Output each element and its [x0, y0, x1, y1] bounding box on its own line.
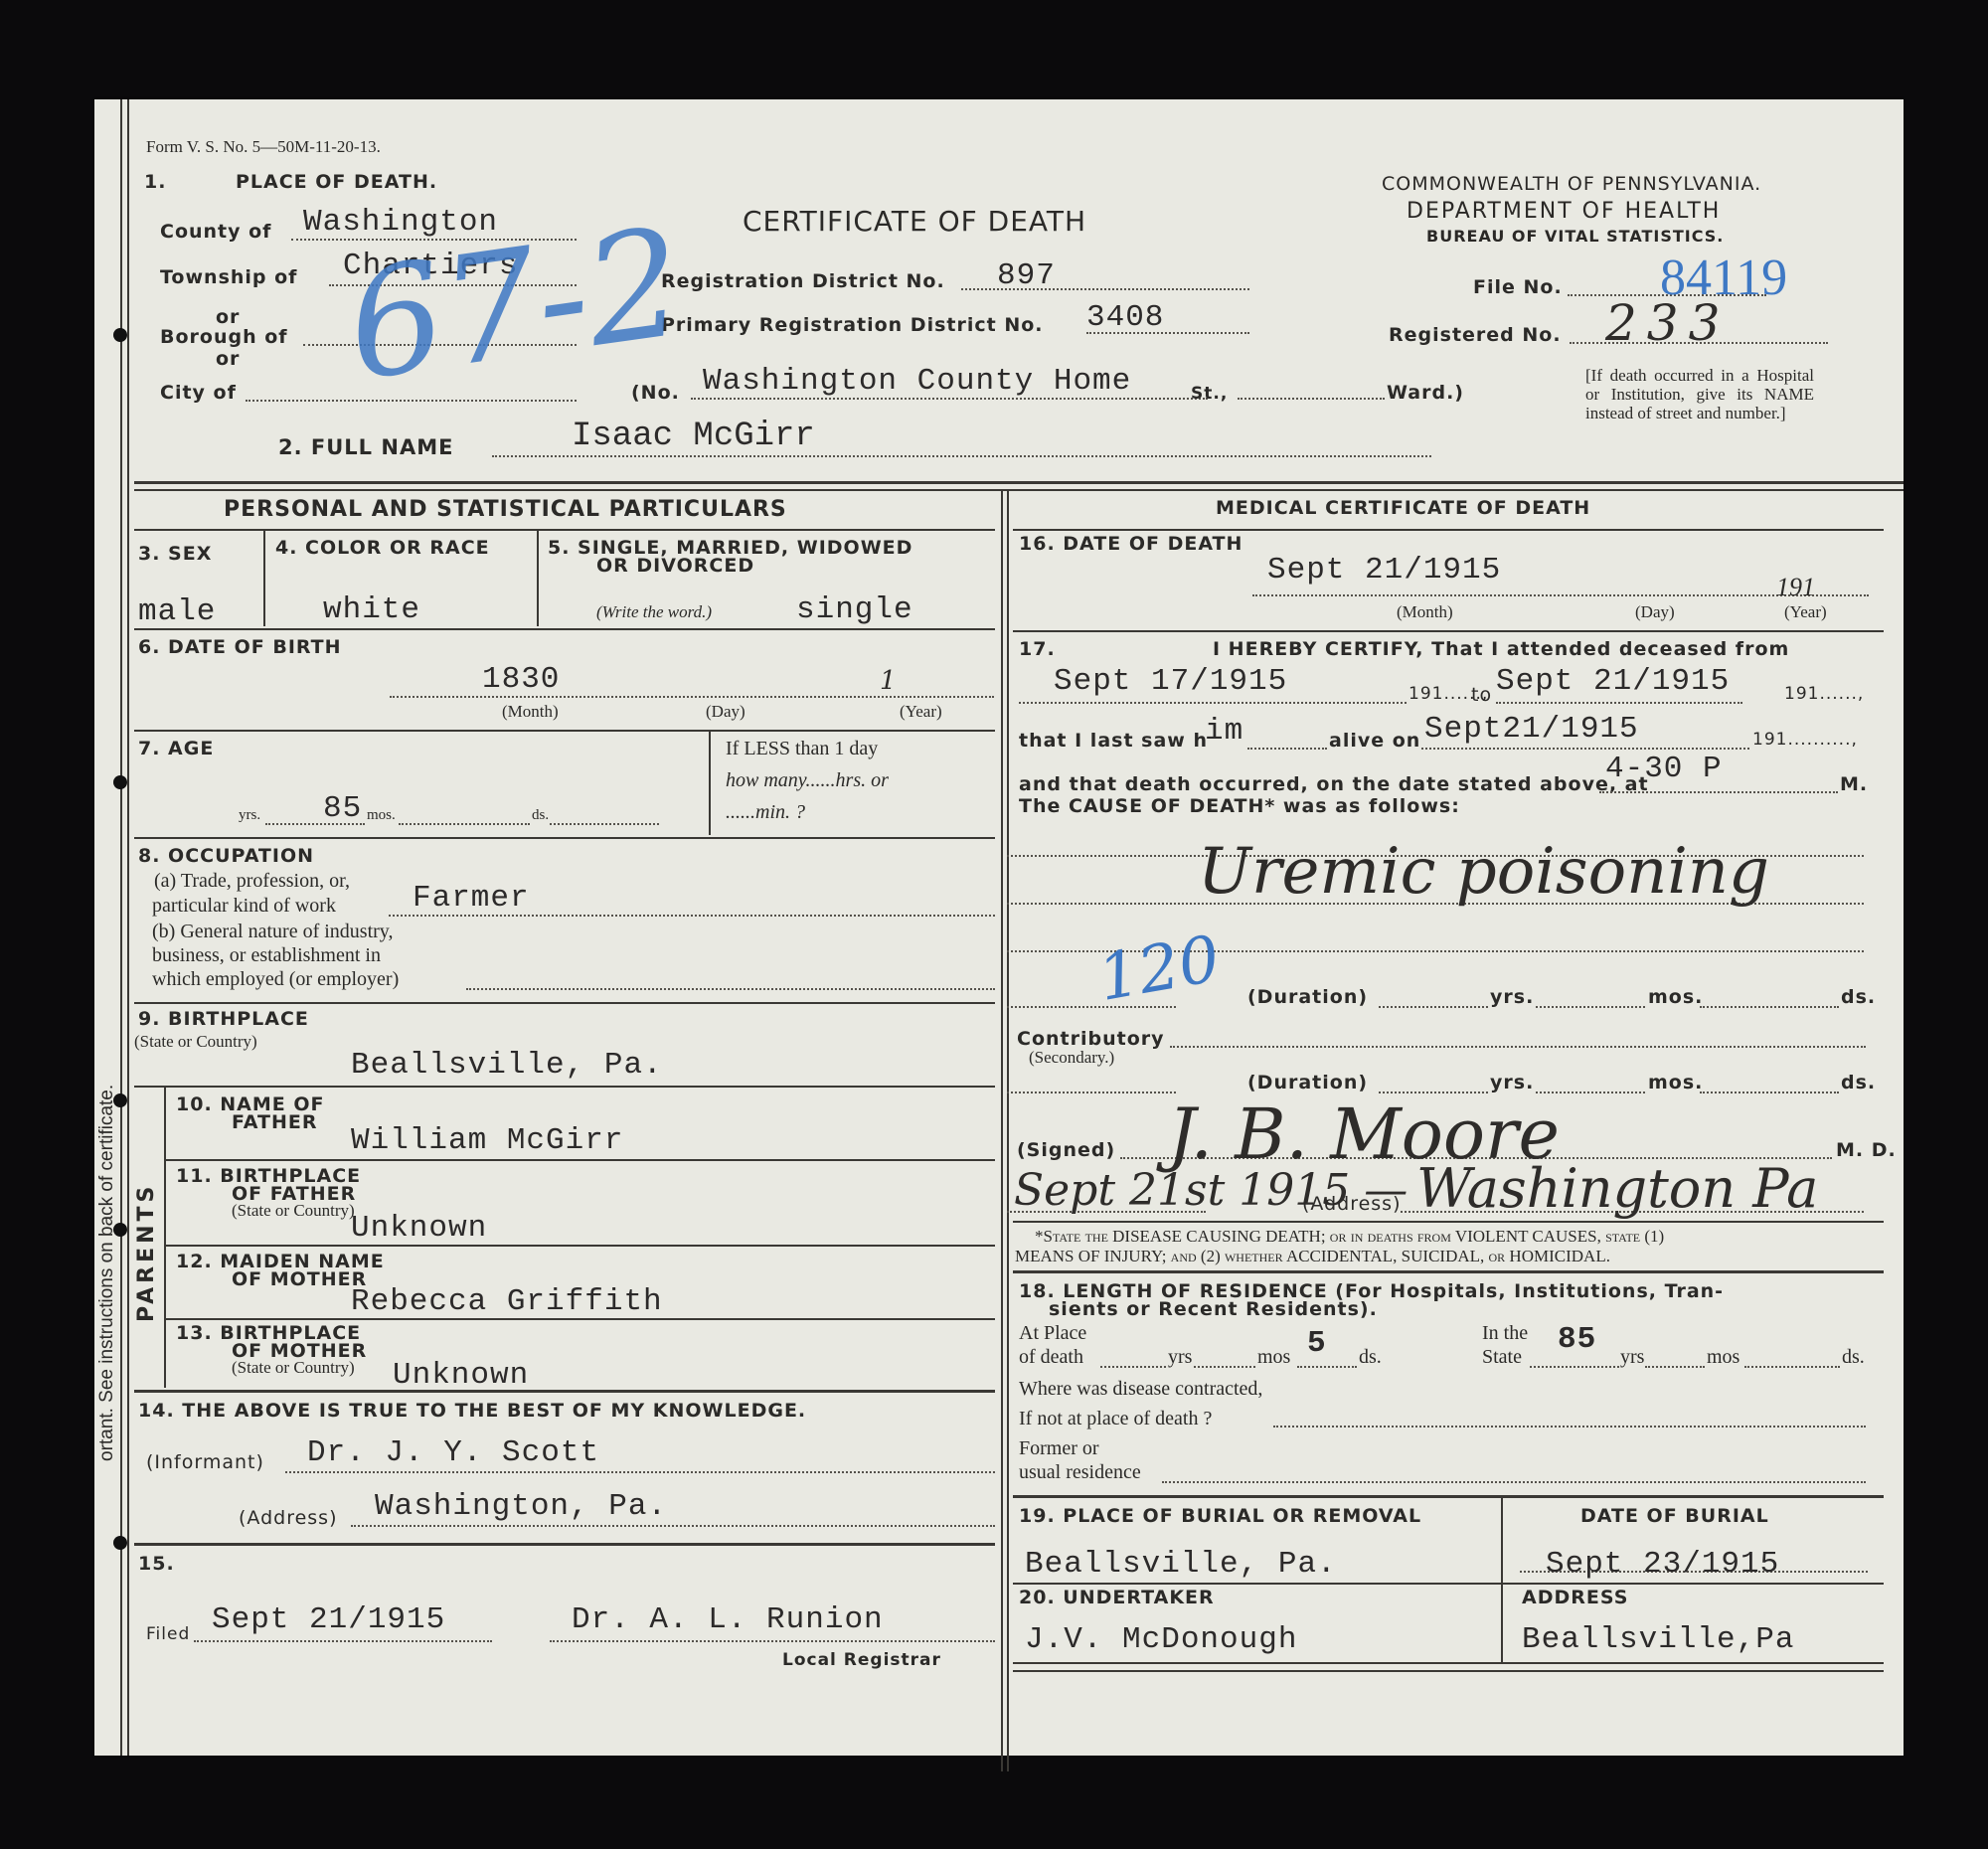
- duration-ds-label: ds.: [1841, 1072, 1876, 1093]
- occupation-b-line2: business, or establishment in: [152, 944, 381, 967]
- punch-hole: [113, 328, 127, 342]
- dob-year-value: 1: [880, 666, 897, 696]
- less-than-day-line2: how many......hrs. or: [726, 769, 889, 792]
- filed-label: Filed: [146, 1624, 190, 1644]
- parents-label: PARENTS: [134, 1183, 159, 1322]
- footnote-line1: *State the DISEASE CAUSING DEATH; or in …: [1035, 1227, 1664, 1247]
- registrar-value: Dr. A. L. Runion: [572, 1602, 884, 1637]
- res-state-mos-label: mos: [1707, 1346, 1739, 1369]
- agency-commonwealth: COMMONWEALTH OF PENNSYLVANIA.: [1382, 173, 1761, 195]
- date-of-death-year-prefix: 191: [1776, 573, 1815, 602]
- marital-value: single: [796, 592, 913, 627]
- ward-label: Ward.): [1387, 382, 1464, 404]
- registered-number-value: 233: [1605, 294, 1730, 352]
- age-ds-label: ds.: [532, 807, 549, 824]
- certificate-paper: ortant. See instructions on back of cert…: [94, 99, 1904, 1756]
- agency-bureau: BUREAU OF VITAL STATISTICS.: [1426, 227, 1724, 246]
- father-label-2: FATHER: [232, 1111, 318, 1133]
- dob-month-value: 1830: [482, 662, 560, 697]
- footnote-line2: MEANS OF INJURY; and (2) whether ACCIDEN…: [1015, 1247, 1610, 1266]
- res-place-days-value: 5: [1307, 1326, 1327, 1361]
- primary-registration-district-label: Primary Registration District No.: [661, 314, 1044, 336]
- undertaker-address-label: ADDRESS: [1522, 1587, 1628, 1608]
- county-label: County of: [160, 221, 271, 243]
- true-statement-label: 14. THE ABOVE IS TRUE TO THE BEST OF MY …: [138, 1400, 806, 1422]
- res-place-mos-label: mos: [1257, 1346, 1290, 1369]
- day-caption: (Day): [1635, 602, 1675, 622]
- age-label: 7. AGE: [138, 738, 214, 759]
- margin-rule-inner: [127, 99, 129, 1756]
- sex-value: male: [138, 594, 216, 629]
- birthplace-hint: (State or Country): [134, 1032, 257, 1052]
- md-label: M. D.: [1836, 1139, 1897, 1161]
- duration-ds-label: ds.: [1841, 986, 1876, 1008]
- last-saw-label: that I last saw h: [1019, 730, 1208, 752]
- medical-section-title: MEDICAL CERTIFICATE OF DEATH: [1216, 497, 1590, 519]
- cause-of-death-label: The CAUSE OF DEATH* was as follows:: [1019, 795, 1460, 817]
- certificate-title: CERTIFICATE OF DEATH: [743, 205, 1086, 238]
- marital-hint: (Write the word.): [596, 602, 712, 622]
- sex-label: 3. SEX: [138, 543, 212, 565]
- date-of-death-value: Sept 21/1915: [1267, 553, 1501, 588]
- street-suffix: St.,: [1191, 384, 1228, 404]
- month-caption: (Month): [502, 702, 559, 722]
- less-than-day-line1: If LESS than 1 day: [726, 738, 878, 760]
- undertaker-label: 20. UNDERTAKER: [1019, 1587, 1215, 1608]
- age-yrs-value: 85: [323, 791, 362, 826]
- borough-label: Borough of: [160, 326, 288, 348]
- duration-mos-label: mos.: [1648, 1072, 1703, 1093]
- informant-address-value: Washington, Pa.: [375, 1489, 667, 1524]
- mother-birthplace-hint: (State or Country): [232, 1358, 355, 1378]
- time-of-death-value: 4-30 P: [1605, 752, 1723, 786]
- primary-registration-district-value: 3408: [1086, 300, 1164, 335]
- duration-mos-label: mos.: [1648, 986, 1703, 1008]
- contracted-label-2: If not at place of death ?: [1019, 1408, 1212, 1430]
- in-state-label-1: In the: [1482, 1322, 1528, 1345]
- burial-date-label: DATE OF BURIAL: [1580, 1505, 1769, 1527]
- occupation-a-line2: particular kind of work: [152, 895, 336, 918]
- registration-district-label: Registration District No.: [661, 270, 945, 292]
- city-label: City of: [160, 382, 237, 404]
- burial-date-value: Sept 23/1915: [1546, 1547, 1779, 1582]
- father-name-value: William McGirr: [351, 1123, 623, 1158]
- contracted-label-1: Where was disease contracted,: [1019, 1378, 1262, 1401]
- signed-label: (Signed): [1017, 1139, 1115, 1161]
- personal-section-title: PERSONAL AND STATISTICAL PARTICULARS: [224, 497, 787, 522]
- burial-place-value: Beallsville, Pa.: [1025, 1547, 1337, 1582]
- at-place-label-1: At Place: [1019, 1322, 1086, 1345]
- date-of-death-label: 16. DATE OF DEATH: [1019, 533, 1242, 555]
- or-label: or: [216, 348, 240, 370]
- last-saw-pronoun: im: [1205, 714, 1243, 749]
- place-of-death-heading: PLACE OF DEATH.: [236, 171, 437, 193]
- cause-of-death-value: Uremic poisoning: [1198, 835, 1769, 909]
- age-mos-label: mos.: [367, 807, 396, 824]
- year-caption: (Year): [1784, 602, 1827, 622]
- death-occurred-label: and that death occurred, on the date sta…: [1019, 773, 1649, 795]
- last-saw-year-prefix: 191..........,: [1752, 730, 1858, 750]
- residence-label-2: sients or Recent Residents).: [1049, 1298, 1378, 1320]
- undertaker-value: J.V. McDonough: [1025, 1622, 1297, 1657]
- blue-pencil-code: 120: [1093, 923, 1226, 1016]
- race-value: white: [323, 592, 420, 627]
- former-residence-label-1: Former or: [1019, 1437, 1099, 1460]
- birthplace-label: 9. BIRTHPLACE: [138, 1008, 309, 1030]
- time-suffix: M.: [1840, 773, 1868, 795]
- informant-address-label: (Address): [239, 1507, 338, 1529]
- attended-to-value: Sept 21/1915: [1496, 664, 1730, 699]
- contributory-label: Contributory: [1017, 1028, 1165, 1050]
- father-birthplace-value: Unknown: [351, 1211, 487, 1246]
- secondary-label: (Secondary.): [1029, 1048, 1114, 1068]
- signature-address-value: Washington Pa: [1416, 1157, 1818, 1220]
- res-place-ds-label: ds.: [1359, 1346, 1382, 1369]
- street-prefix: (No.: [631, 382, 680, 404]
- res-place-yrs-label: yrs: [1168, 1346, 1192, 1369]
- duration-yrs-label: yrs.: [1490, 986, 1534, 1008]
- place-of-death-number: 1.: [144, 171, 166, 193]
- race-label: 4. COLOR OR RACE: [275, 537, 490, 559]
- occupation-label: 8. OCCUPATION: [138, 845, 314, 867]
- occupation-a-line1: (a) Trade, profession, or,: [154, 870, 350, 893]
- marital-label-2: OR DIVORCED: [596, 555, 754, 577]
- form-number: Form V. S. No. 5—50M-11-20-13.: [146, 137, 381, 157]
- attended-from-value: Sept 17/1915: [1054, 664, 1287, 699]
- hospital-note: [If death occurred in a Hospital or Inst…: [1585, 366, 1814, 422]
- registered-number-label: Registered No.: [1389, 324, 1562, 346]
- township-label: Township of: [160, 266, 297, 288]
- informant-label: (Informant): [146, 1451, 264, 1473]
- punch-hole: [113, 775, 127, 789]
- birthplace-value: Beallsville, Pa.: [351, 1048, 663, 1083]
- certify-text: I HEREBY CERTIFY, That I attended deceas…: [1213, 638, 1789, 660]
- last-saw-date-value: Sept21/1915: [1424, 712, 1639, 747]
- street-value: Washington County Home: [703, 364, 1131, 399]
- signature-address-label: (Address): [1302, 1193, 1402, 1215]
- mother-birthplace-value: Unknown: [393, 1358, 529, 1393]
- informant-value: Dr. J. Y. Scott: [307, 1435, 599, 1470]
- occupation-value: Farmer: [413, 881, 530, 916]
- registration-district-value: 897: [997, 258, 1056, 293]
- or-label: or: [216, 306, 240, 328]
- duration-yrs-label: yrs.: [1490, 1072, 1534, 1093]
- attended-to-year-prefix: 191......,: [1784, 684, 1864, 704]
- occupation-b-line1: (b) General nature of industry,: [152, 921, 394, 943]
- day-caption: (Day): [706, 702, 745, 722]
- filed-date-value: Sept 21/1915: [212, 1602, 445, 1637]
- duration-label: (Duration): [1247, 986, 1368, 1008]
- year-caption: (Year): [900, 702, 942, 722]
- less-than-day-line3: ......min. ?: [726, 801, 805, 824]
- res-state-yrs-value: 85: [1558, 1322, 1596, 1357]
- punch-hole: [113, 1536, 127, 1550]
- full-name-value: Isaac McGirr: [572, 418, 815, 455]
- certify-number: 17.: [1019, 638, 1056, 660]
- file-number-label: File No.: [1473, 276, 1563, 298]
- filed-number: 15.: [138, 1553, 175, 1575]
- former-residence-label-2: usual residence: [1019, 1461, 1141, 1484]
- dob-label: 6. DATE OF BIRTH: [138, 636, 342, 658]
- margin-instructions-note: ortant. See instructions on back of cert…: [96, 1085, 118, 1461]
- mother-label-2: OF MOTHER: [232, 1268, 367, 1290]
- column-divider: [1001, 489, 1003, 1771]
- in-state-label-2: State: [1482, 1346, 1522, 1369]
- occupation-b-line3: which employed (or employer): [152, 968, 399, 991]
- month-caption: (Month): [1397, 602, 1453, 622]
- res-state-yrs-label: yrs: [1620, 1346, 1644, 1369]
- res-state-ds-label: ds.: [1842, 1346, 1865, 1369]
- mother-name-value: Rebecca Griffith: [351, 1284, 663, 1319]
- at-place-label-2: of death: [1019, 1346, 1083, 1369]
- undertaker-address-value: Beallsville,Pa: [1522, 1622, 1794, 1657]
- alive-on-label: alive on: [1329, 730, 1420, 752]
- age-yrs-label: yrs.: [239, 807, 260, 824]
- burial-place-label: 19. PLACE OF BURIAL OR REMOVAL: [1019, 1505, 1421, 1527]
- father-birthplace-hint: (State or Country): [232, 1201, 355, 1221]
- to-label: to: [1471, 684, 1492, 706]
- margin-rule-outer: [120, 99, 122, 1756]
- registrar-label: Local Registrar: [782, 1650, 941, 1670]
- full-name-label: 2. FULL NAME: [278, 435, 453, 459]
- agency-department: DEPARTMENT OF HEALTH: [1407, 199, 1721, 224]
- duration-label: (Duration): [1247, 1072, 1368, 1093]
